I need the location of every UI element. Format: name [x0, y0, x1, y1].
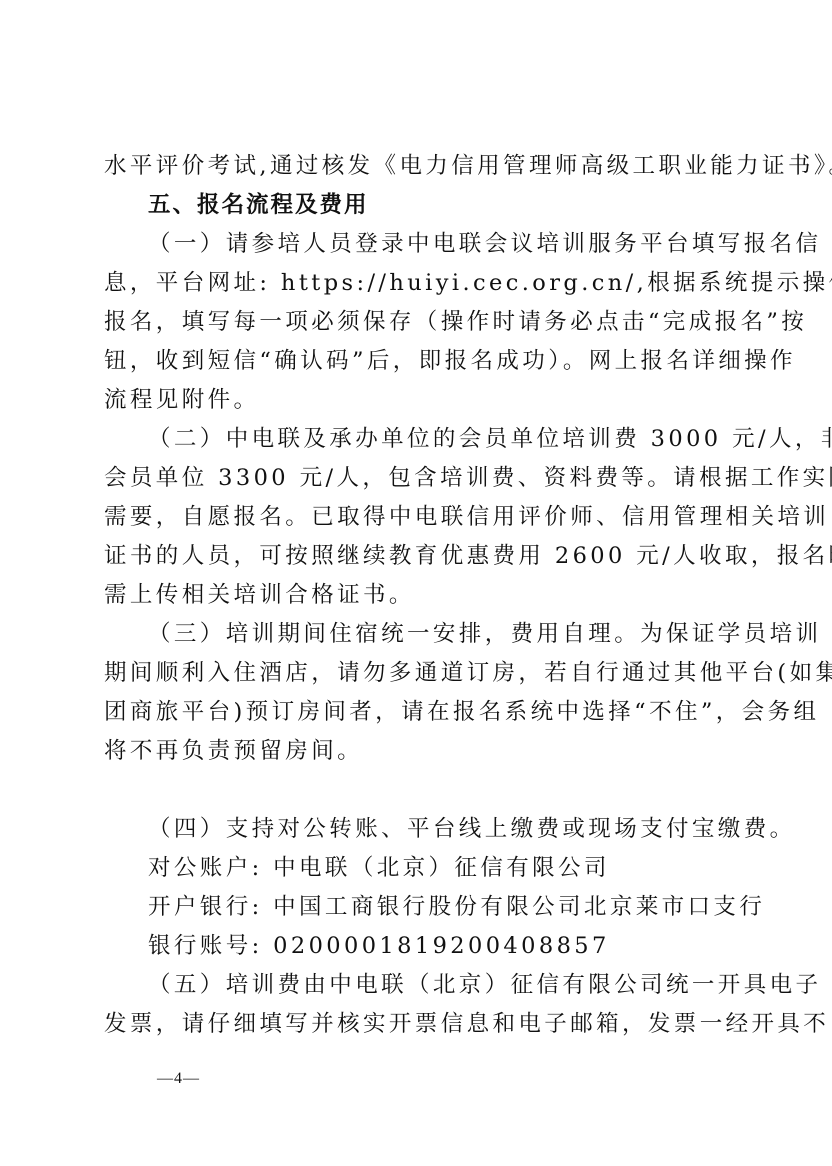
body-line: 发票，请仔细填写并核实开票信息和电子邮箱，发票一经开具不	[104, 1005, 734, 1043]
body-line: 报名，填写每一项必须保存（操作时请务必点击“完成报名”按	[104, 303, 734, 341]
body-line: （四）支持对公转账、平台线上缴费或现场支付宝缴费。	[148, 810, 734, 848]
body-line: （三）培训期间住宿统一安排，费用自理。为保证学员培训	[148, 615, 734, 653]
body-line: 流程见附件。	[104, 381, 734, 419]
body-line: 期间顺利入住酒店，请勿多通道订房，若自行通过其他平台(如集	[104, 654, 734, 692]
document-page: 水平评价考试,通过核发《电力信用管理师高级工职业能力证书》。 五、报名流程及费用…	[0, 0, 832, 1166]
body-line: （一）请参培人员登录中电联会议培训服务平台填写报名信	[148, 225, 734, 263]
body-line: 将不再负责预留房间。	[104, 732, 734, 770]
body-line: 会员单位 3300 元/人，包含培训费、资料费等。请根据工作实际	[104, 459, 734, 497]
account-number-line: 银行账号: 0200001819200408857	[148, 927, 734, 965]
section-heading: 五、报名流程及费用	[148, 186, 734, 224]
account-name-line: 对公账户: 中电联（北京）征信有限公司	[148, 849, 734, 887]
body-line: 需要，自愿报名。已取得中电联信用评价师、信用管理相关培训	[104, 498, 734, 536]
bank-name-line: 开户银行: 中国工商银行股份有限公司北京莱市口支行	[148, 888, 734, 926]
body-line: 证书的人员，可按照继续教育优惠费用 2600 元/人收取，报名时	[104, 537, 734, 575]
page-number: —4—	[157, 1070, 200, 1088]
body-line: 息，平台网址: https://huiyi.cec.org.cn/,根据系统提示…	[104, 264, 734, 302]
body-line: （二）中电联及承办单位的会员单位培训费 3000 元/人，非	[148, 420, 734, 458]
body-line: 钮，收到短信“确认码”后，即报名成功）。网上报名详细操作	[104, 342, 734, 380]
body-line: 需上传相关培训合格证书。	[104, 576, 734, 614]
body-line: 水平评价考试,通过核发《电力信用管理师高级工职业能力证书》。	[104, 147, 734, 185]
body-line: 团商旅平台)预订房间者，请在报名系统中选择“不住”，会务组	[104, 693, 734, 731]
body-line: （五）培训费由中电联（北京）征信有限公司统一开具电子	[148, 966, 734, 1004]
